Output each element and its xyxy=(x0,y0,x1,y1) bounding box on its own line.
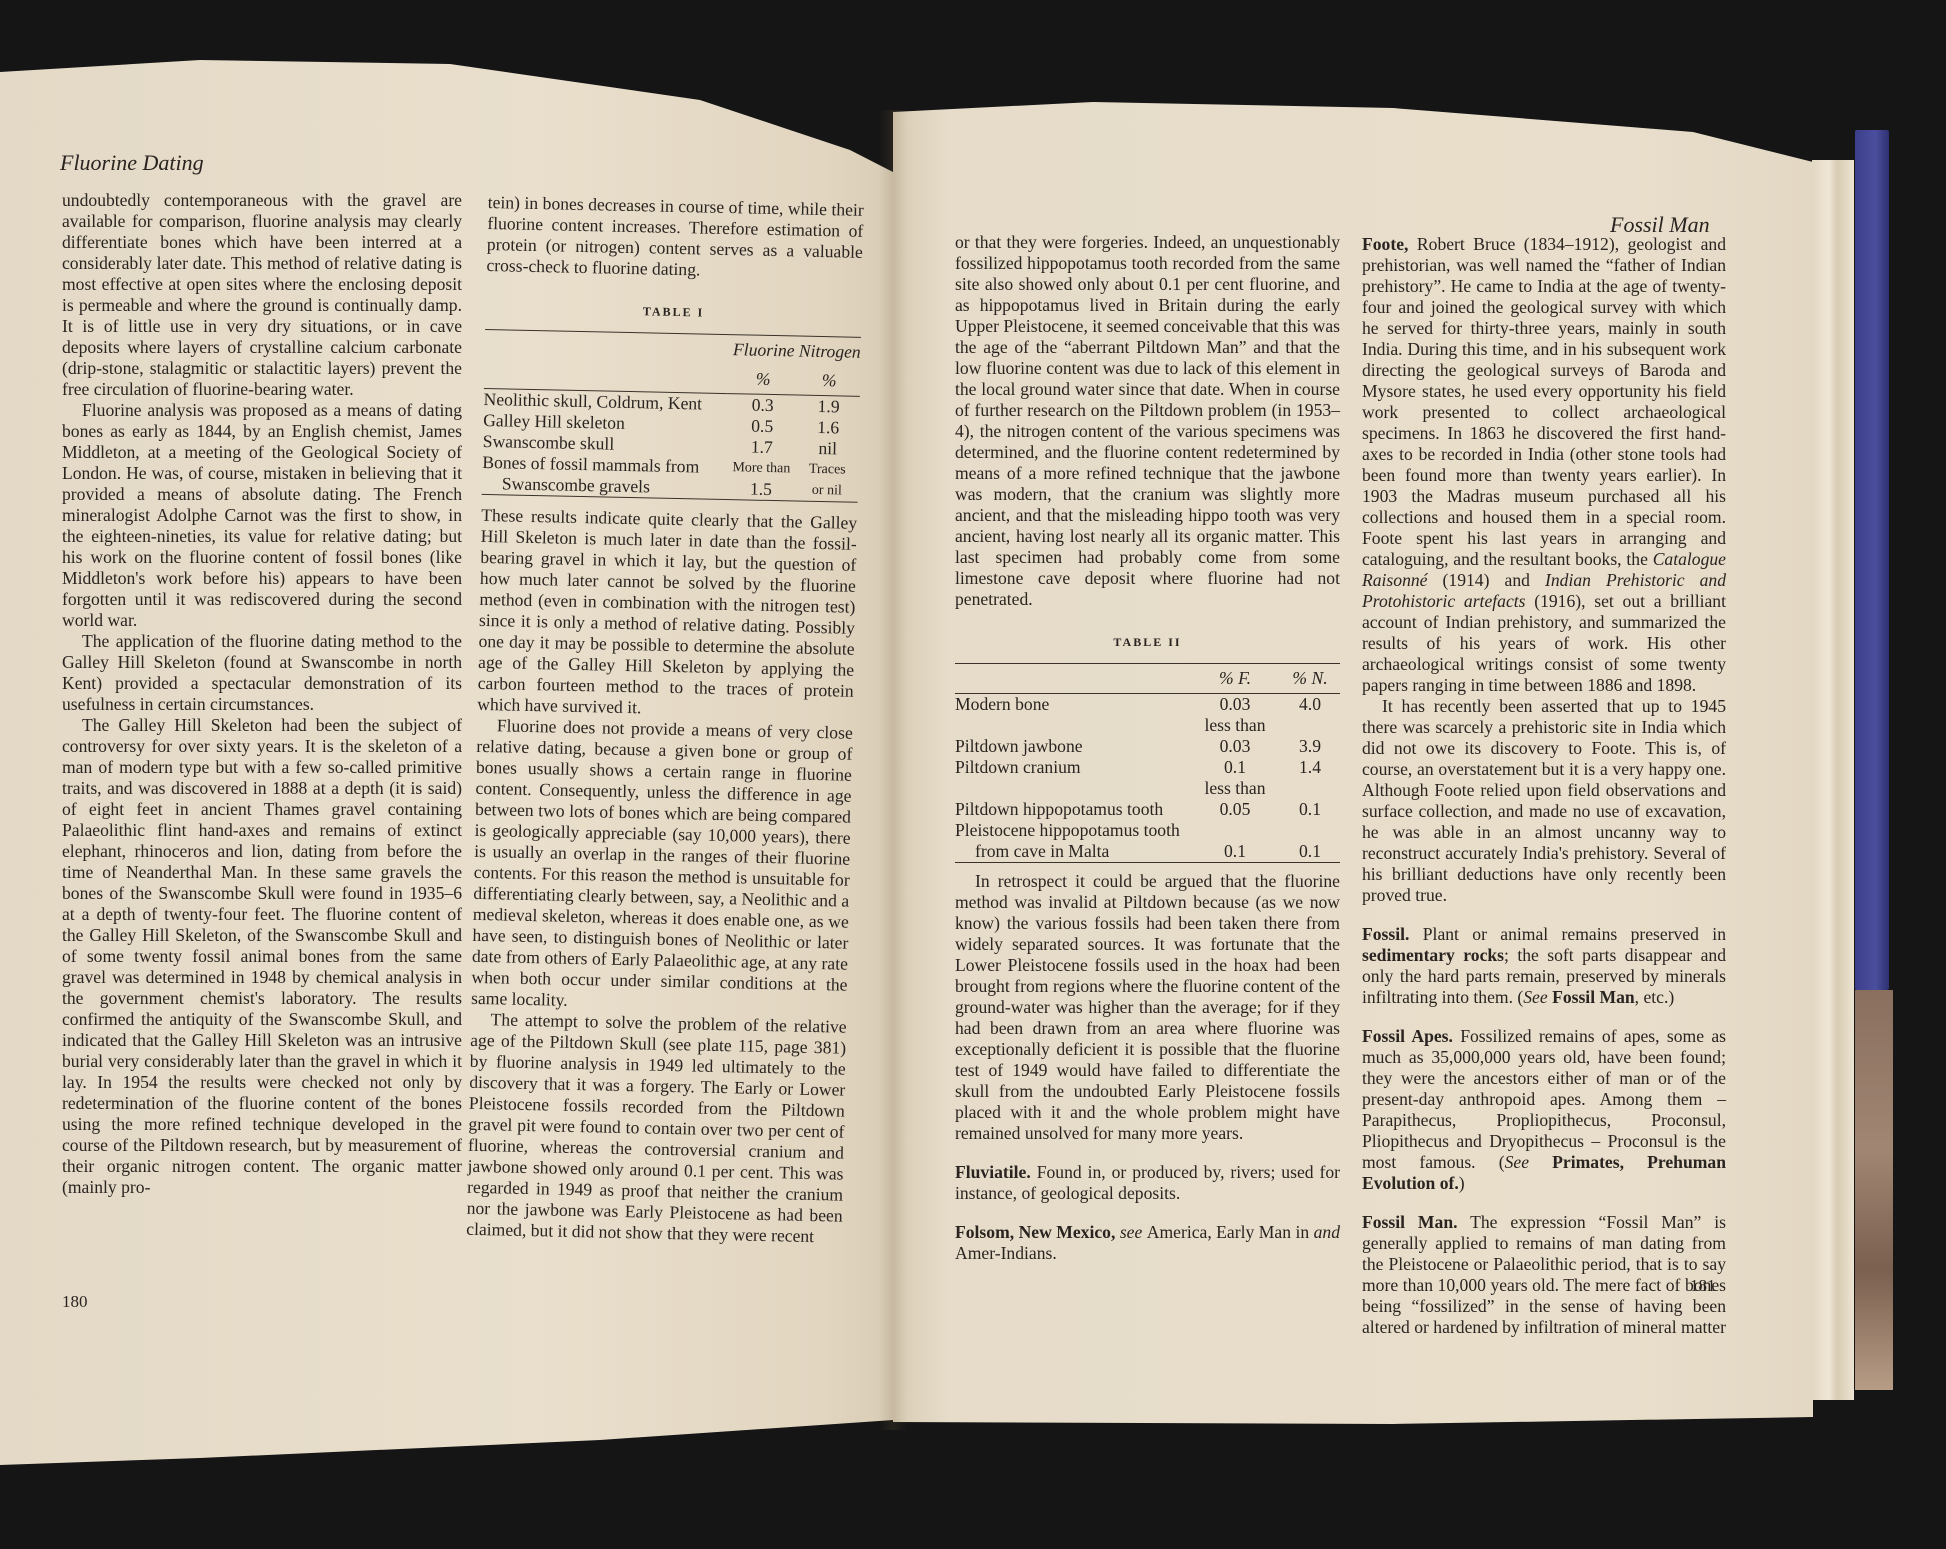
table-header: % F. xyxy=(1190,664,1280,694)
column-3: or that they were forgeries. Indeed, an … xyxy=(955,232,1340,1264)
column-2: tein) in bones decreases in course of ti… xyxy=(466,192,864,1248)
entry-text: Robert Bruce (1834–1912), geologist and … xyxy=(1362,234,1726,569)
entry-term: Fossil Man. xyxy=(1362,1212,1458,1232)
entry-fluviatile: Fluviatile. Found in, or produced by, ri… xyxy=(955,1162,1340,1204)
fluorine-value xyxy=(1190,820,1280,841)
row-label: Pleistocene hippopotamus tooth xyxy=(955,820,1190,841)
book-gutter xyxy=(878,110,908,1430)
entry-text: ) xyxy=(1459,1173,1465,1193)
fluorine-value: 0.1 xyxy=(1190,757,1280,778)
page-number-left: 180 xyxy=(62,1292,88,1312)
column-1: undoubtedly contemporaneous with the gra… xyxy=(62,190,462,1198)
paragraph: The application of the fluorine dating m… xyxy=(62,631,462,715)
nitrogen-value: 0.1 xyxy=(1280,841,1340,863)
entry-fossil-apes: Fossil Apes. Fossilized remains of apes,… xyxy=(1362,1026,1726,1194)
cross-reference: Fossil Man xyxy=(1548,987,1635,1007)
fluorine-value: 0.03 xyxy=(1190,694,1280,716)
paragraph: undoubtedly contemporaneous with the gra… xyxy=(62,190,462,400)
see-reference: See xyxy=(1523,987,1547,1007)
worn-cover-edge xyxy=(1855,990,1893,1390)
row-label: Piltdown jawbone xyxy=(955,736,1190,757)
table-row: less than xyxy=(955,778,1340,799)
row-label: Piltdown hippopotamus tooth xyxy=(955,799,1190,820)
table-header: % N. xyxy=(1280,664,1340,694)
table-2-title: TABLE II xyxy=(955,632,1340,653)
running-head-left: Fluorine Dating xyxy=(60,150,204,176)
paragraph: The Galley Hill Skeleton had been the su… xyxy=(62,715,462,1198)
entry-text: , etc.) xyxy=(1635,987,1675,1007)
table-1: Fluorine Nitrogen % % Neolithic skull, C… xyxy=(482,329,861,503)
table-header-unit: % xyxy=(798,366,861,397)
nitrogen-value: or nil xyxy=(796,480,858,503)
row-label: from cave in Malta xyxy=(955,841,1190,863)
nitrogen-value xyxy=(1280,715,1340,736)
fluorine-value: 0.03 xyxy=(1190,736,1280,757)
entry-term: Fossil Apes. xyxy=(1362,1026,1453,1046)
nitrogen-value: 0.1 xyxy=(1280,799,1340,820)
table-header-unit: % xyxy=(728,364,799,395)
nitrogen-value xyxy=(1280,778,1340,799)
paragraph: Fluorine does not provide a means of ver… xyxy=(471,715,853,1017)
entry-term: Fossil. xyxy=(1362,924,1409,944)
table-header: Nitrogen xyxy=(799,336,862,367)
entry-text: America, Early Man in xyxy=(1147,1222,1314,1242)
entry-text: Fossilized remains of apes, some as much… xyxy=(1362,1026,1726,1172)
page-edges xyxy=(1812,160,1854,1400)
paragraph: tein) in bones decreases in course of ti… xyxy=(486,192,864,284)
nitrogen-value: nil xyxy=(797,438,859,460)
row-label: Modern bone xyxy=(955,694,1190,716)
fluorine-value: 1.5 xyxy=(726,478,796,501)
table-row: from cave in Malta0.10.1 xyxy=(955,841,1340,863)
entry-foote: Foote, Robert Bruce (1834–1912), geologi… xyxy=(1362,234,1726,696)
entry-text: (1914) and xyxy=(1427,570,1545,590)
entry-folsom: Folsom, New Mexico, see America, Early M… xyxy=(955,1222,1340,1264)
table-row: Piltdown cranium0.11.4 xyxy=(955,757,1340,778)
table-row: Piltdown jawbone0.033.9 xyxy=(955,736,1340,757)
fluorine-value: less than xyxy=(1190,715,1280,736)
entry-text: Plant or animal remains preserved in xyxy=(1409,924,1726,944)
paragraph: Fluorine analysis was proposed as a mean… xyxy=(62,400,462,631)
nitrogen-value: 4.0 xyxy=(1280,694,1340,716)
table-row: Pleistocene hippopotamus tooth xyxy=(955,820,1340,841)
table-row: Piltdown hippopotamus tooth0.050.1 xyxy=(955,799,1340,820)
paragraph: The attempt to solve the problem of the … xyxy=(466,1009,847,1248)
fluorine-value: 0.05 xyxy=(1190,799,1280,820)
nitrogen-value xyxy=(1280,820,1340,841)
entry-fossil: Fossil. Plant or animal remains preserve… xyxy=(1362,924,1726,1008)
page-number-right: 181 xyxy=(1690,1276,1716,1296)
see-reference: see xyxy=(1115,1222,1146,1242)
book-cover-edge xyxy=(1855,130,1889,990)
nitrogen-value: Traces xyxy=(796,459,858,481)
nitrogen-value: 3.9 xyxy=(1280,736,1340,757)
paragraph: or that they were forgeries. Indeed, an … xyxy=(955,232,1340,610)
fluorine-value: More than xyxy=(726,457,796,479)
column-4: Foote, Robert Bruce (1834–1912), geologi… xyxy=(1362,234,1726,1338)
paragraph: It has recently been asserted that up to… xyxy=(1362,696,1726,906)
paragraph: In retrospect it could be argued that th… xyxy=(955,871,1340,1144)
row-label: Piltdown cranium xyxy=(955,757,1190,778)
see-reference: See xyxy=(1505,1152,1529,1172)
row-label xyxy=(955,778,1190,799)
and-italic: and xyxy=(1314,1222,1340,1242)
row-label xyxy=(955,715,1190,736)
entry-text: Amer-Indians. xyxy=(955,1243,1057,1263)
paragraph: These results indicate quite clearly tha… xyxy=(477,505,857,723)
nitrogen-value: 1.9 xyxy=(797,395,859,418)
entry-term: Folsom, New Mexico, xyxy=(955,1222,1115,1242)
fluorine-value: 1.7 xyxy=(727,436,797,458)
fluorine-value: 0.1 xyxy=(1190,841,1280,863)
entry-fossil-man: Fossil Man. The expression “Fossil Man” … xyxy=(1362,1212,1726,1338)
fluorine-value: 0.3 xyxy=(727,394,797,417)
fluorine-value: 0.5 xyxy=(727,415,797,437)
table-row: less than xyxy=(955,715,1340,736)
table-1-title: TABLE I xyxy=(485,298,861,327)
cross-reference: sedimentary rocks xyxy=(1362,945,1504,965)
entry-term: Foote, xyxy=(1362,234,1408,254)
table-row: Modern bone0.034.0 xyxy=(955,694,1340,716)
table-2: % F. % N. Modern bone0.034.0 less than P… xyxy=(955,663,1340,863)
fluorine-value: less than xyxy=(1190,778,1280,799)
nitrogen-value: 1.4 xyxy=(1280,757,1340,778)
table-header: Fluorine xyxy=(729,335,800,366)
entry-term: Fluviatile. xyxy=(955,1162,1031,1182)
nitrogen-value: 1.6 xyxy=(797,417,859,439)
